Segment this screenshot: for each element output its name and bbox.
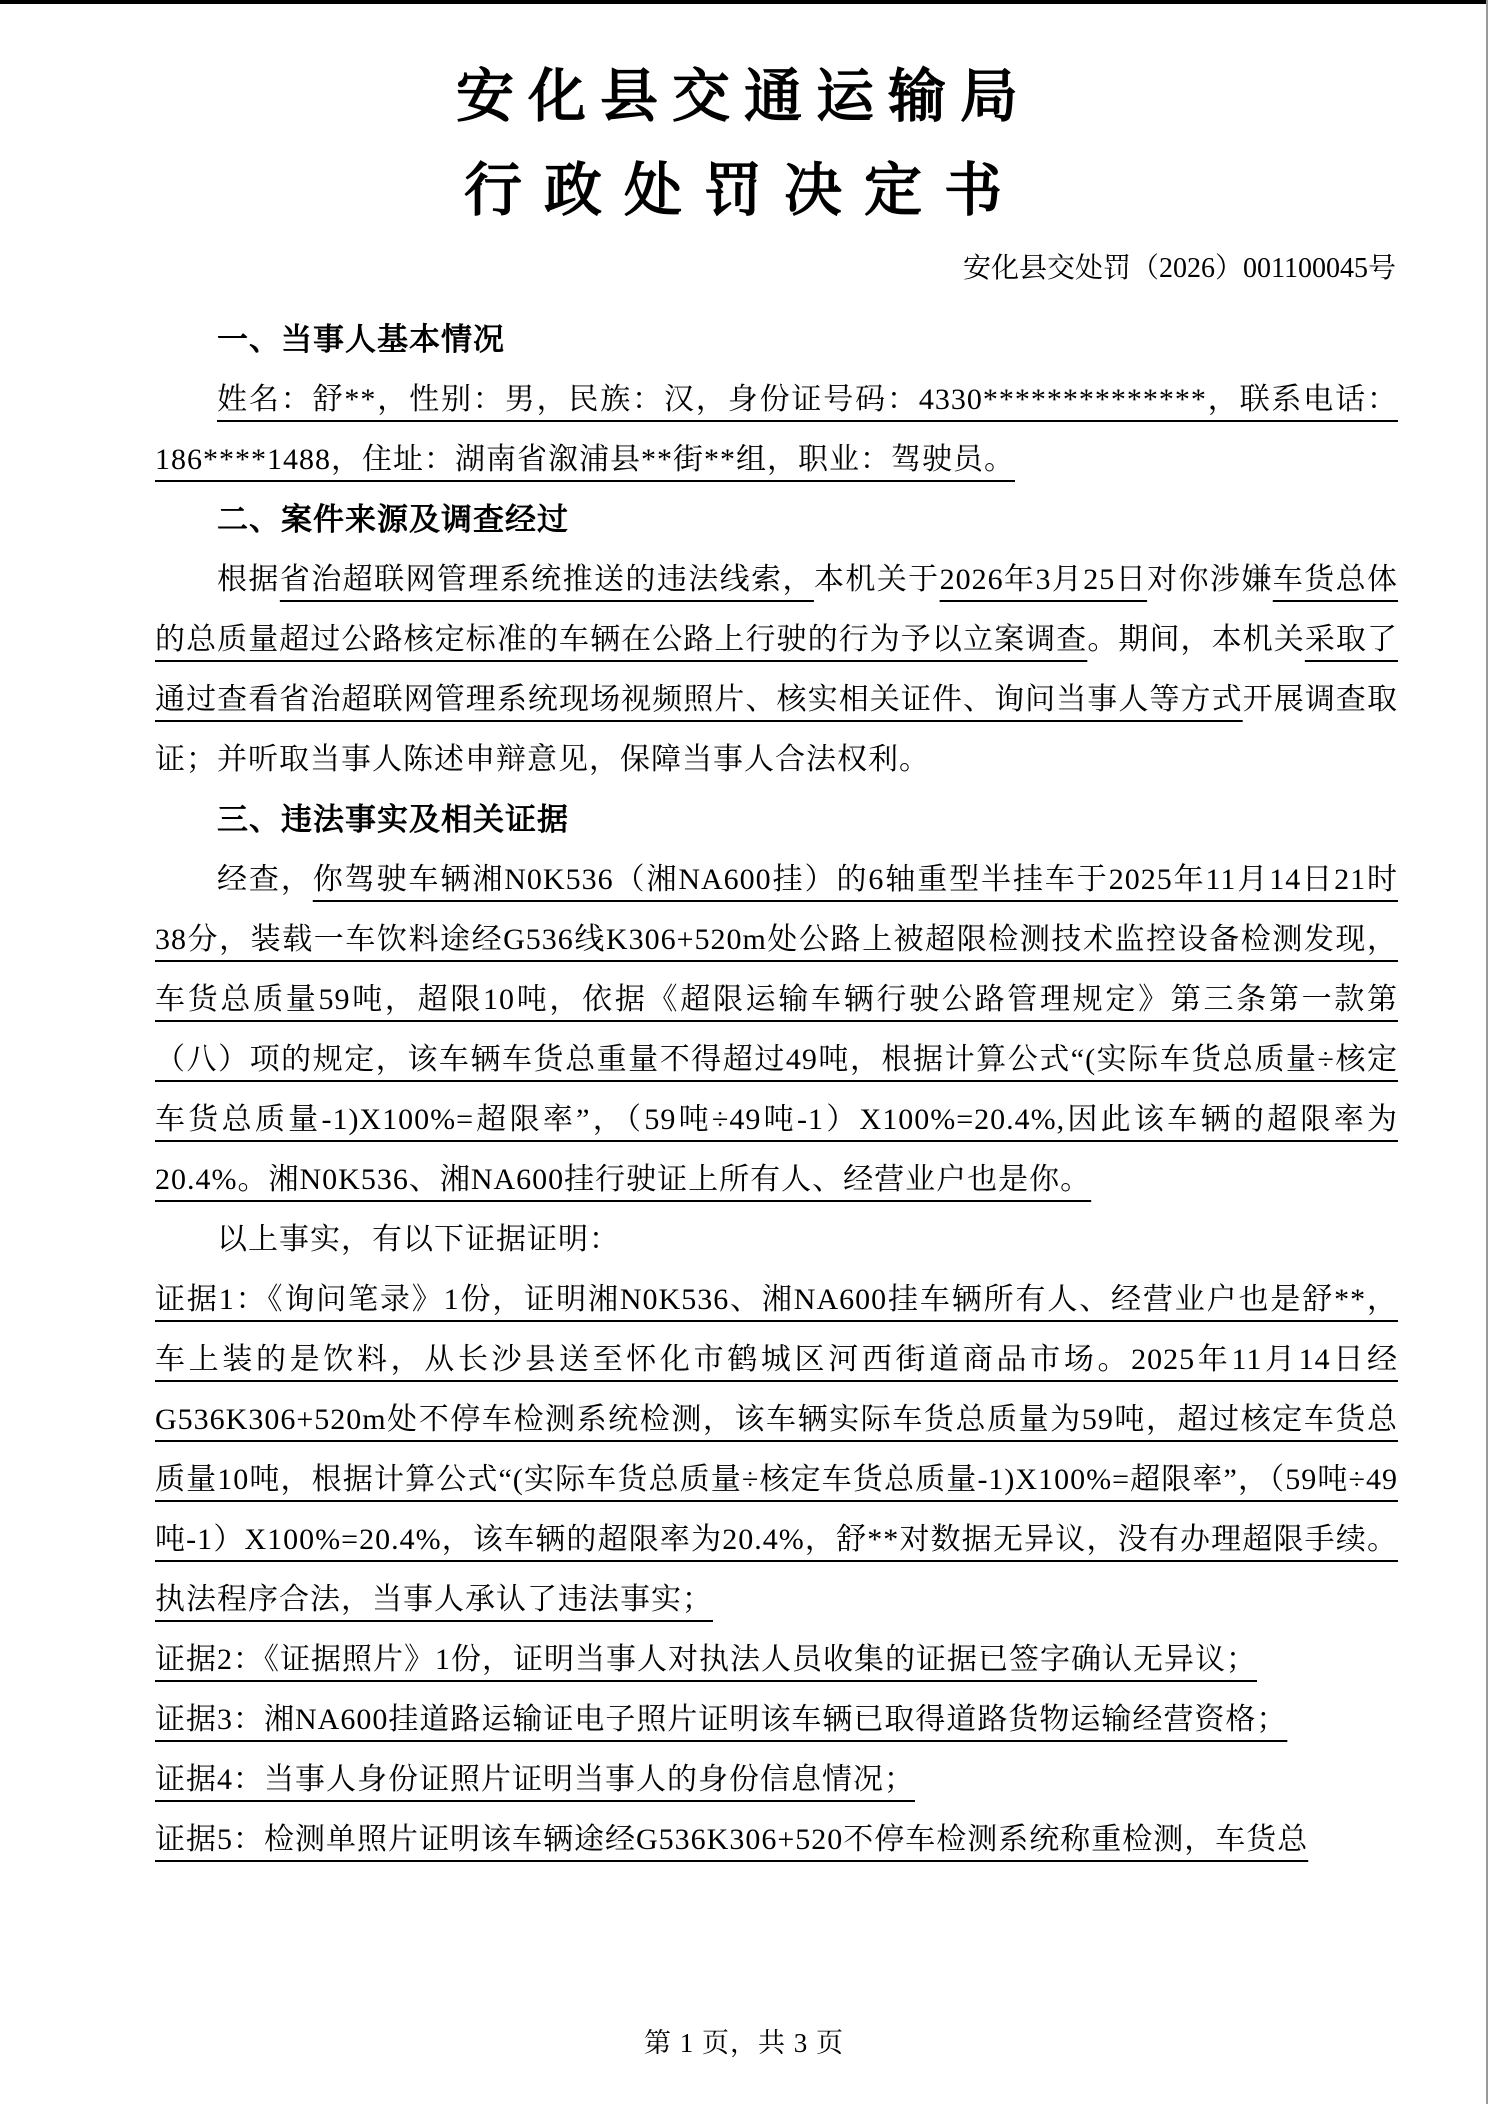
- penalty-decision-page: 安化县交通运输局 行政处罚决定书 安化县交处罚（2026）001100045号 …: [0, 0, 1488, 2104]
- scan-top-edge: [0, 0, 1488, 4]
- paragraph: 证据1：《询问笔录》1份，证明湘N0K536、湘NA600挂车辆所有人、经营业户…: [155, 1270, 1398, 1630]
- section-heading: 一、当事人基本情况: [155, 310, 1398, 370]
- static-text: 根据: [217, 563, 280, 596]
- paragraph: 证据5：检测单照片证明该车辆途经G536K306+520不停车检测系统称重检测，…: [155, 1810, 1398, 1870]
- paragraph: 证据4：当事人身份证照片证明当事人的身份信息情况；: [155, 1750, 1398, 1810]
- static-text: 经查，: [217, 863, 313, 896]
- static-text: 对你涉嫌: [1147, 563, 1273, 596]
- document-body: 一、当事人基本情况姓名：舒**，性别：男，民族：汉，身份证号码：4330****…: [155, 310, 1398, 1870]
- document-title-line-1: 安化县交通运输局: [0, 50, 1488, 144]
- filled-blank-text: 证据1：《询问笔录》1份，证明湘N0K536、湘NA600挂车辆所有人、经营业户…: [155, 1283, 1398, 1616]
- filled-blank-text: 证据3：湘NA600挂道路运输证电子照片证明该车辆已取得道路货物运输经营资格；: [155, 1703, 1287, 1736]
- filled-blank-text: 证据4：当事人身份证照片证明当事人的身份信息情况；: [155, 1763, 915, 1796]
- filled-blank-text: 你驾驶车辆湘N0K536（湘NA600挂）的6轴重型半挂车于2025年11月14…: [155, 863, 1398, 1196]
- filled-blank-text: 2026年3月25日: [940, 563, 1148, 596]
- static-text: 本机关于: [814, 563, 940, 596]
- document-title-line-2: 行政处罚决定书: [0, 144, 1488, 238]
- paragraph: 根据省治超联网管理系统推送的违法线索，本机关于2026年3月25日对你涉嫌车货总…: [155, 550, 1398, 790]
- paragraph: 姓名：舒**，性别：男，民族：汉，身份证号码：4330*************…: [155, 370, 1398, 490]
- paragraph: 证据2：《证据照片》1份，证明当事人对执法人员收集的证据已签字确认无异议；: [155, 1630, 1398, 1690]
- static-text: 。期间，本机关: [1087, 623, 1305, 656]
- filled-blank-text: 证据2：《证据照片》1份，证明当事人对执法人员收集的证据已签字确认无异议；: [155, 1643, 1257, 1676]
- section-heading: 三、违法事实及相关证据: [155, 790, 1398, 850]
- filled-blank-text: 省治超联网管理系统推送的违法线索，: [280, 563, 814, 596]
- static-text: 以上事实，有以下证据证明：: [217, 1223, 620, 1256]
- document-title: 安化县交通运输局 行政处罚决定书: [0, 0, 1488, 238]
- paragraph: 证据3：湘NA600挂道路运输证电子照片证明该车辆已取得道路货物运输经营资格；: [155, 1690, 1398, 1750]
- filled-blank-text: 姓名：舒**，性别：男，民族：汉，身份证号码：4330*************…: [155, 383, 1398, 476]
- paragraph: 以上事实，有以下证据证明：: [155, 1210, 1398, 1270]
- document-number: 安化县交处罚（2026）001100045号: [0, 252, 1488, 286]
- section-heading: 二、案件来源及调查经过: [155, 490, 1398, 550]
- paragraph: 经查，你驾驶车辆湘N0K536（湘NA600挂）的6轴重型半挂车于2025年11…: [155, 850, 1398, 1210]
- filled-blank-text: 证据5：检测单照片证明该车辆途经G536K306+520不停车检测系统称重检测，…: [155, 1823, 1308, 1856]
- page-footer: 第 1 页，共 3 页: [0, 2021, 1488, 2060]
